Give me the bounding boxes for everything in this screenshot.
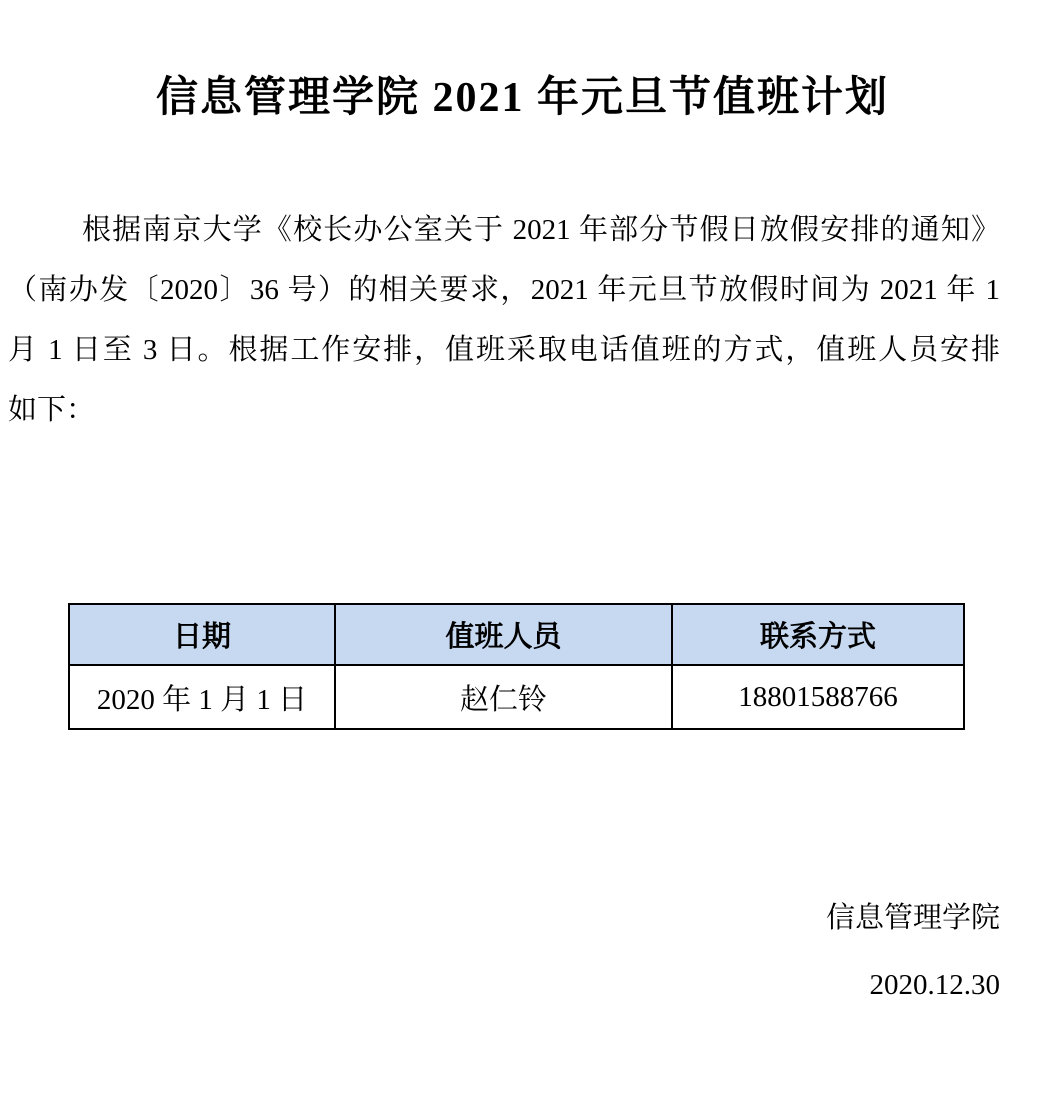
body-paragraph: 根据南京大学《校长办公室关于 2021 年部分节假日放假安排的通知》 （南办发〔… xyxy=(8,200,1000,440)
duty-schedule-table: 日期 值班人员 联系方式 2020 年 1 月 1 日 赵仁铃 18801588… xyxy=(68,603,965,730)
table-header-person: 值班人员 xyxy=(335,604,672,665)
table-row: 2020 年 1 月 1 日 赵仁铃 18801588766 xyxy=(69,665,964,729)
paragraph-line-1: 根据南京大学《校长办公室关于 2021 年部分节假日放假安排的通知》 xyxy=(8,200,1000,260)
document-page: { "document": { "title": "信息管理学院 2021 年元… xyxy=(0,0,1045,1100)
signature-date: 2020.12.30 xyxy=(0,952,1000,1019)
cell-person: 赵仁铃 xyxy=(335,665,672,729)
paragraph-line-2: （南办发〔2020〕36 号）的相关要求，2021 年元旦节放假时间为 2021… xyxy=(8,260,1000,320)
paragraph-line-4: 如下： xyxy=(8,380,1000,440)
table-header-date: 日期 xyxy=(69,604,335,665)
table-header-row: 日期 值班人员 联系方式 xyxy=(69,604,964,665)
signature-org: 信息管理学院 xyxy=(0,885,1000,952)
paragraph-line-3: 月 1 日至 3 日。根据工作安排，值班采取电话值班的方式，值班人员安排 xyxy=(8,320,1000,380)
cell-date: 2020 年 1 月 1 日 xyxy=(69,665,335,729)
page-title: 信息管理学院 2021 年元旦节值班计划 xyxy=(0,70,1045,126)
signature-block: 信息管理学院 2020.12.30 xyxy=(0,885,1000,1019)
cell-phone: 18801588766 xyxy=(672,665,964,729)
table-header-phone: 联系方式 xyxy=(672,604,964,665)
